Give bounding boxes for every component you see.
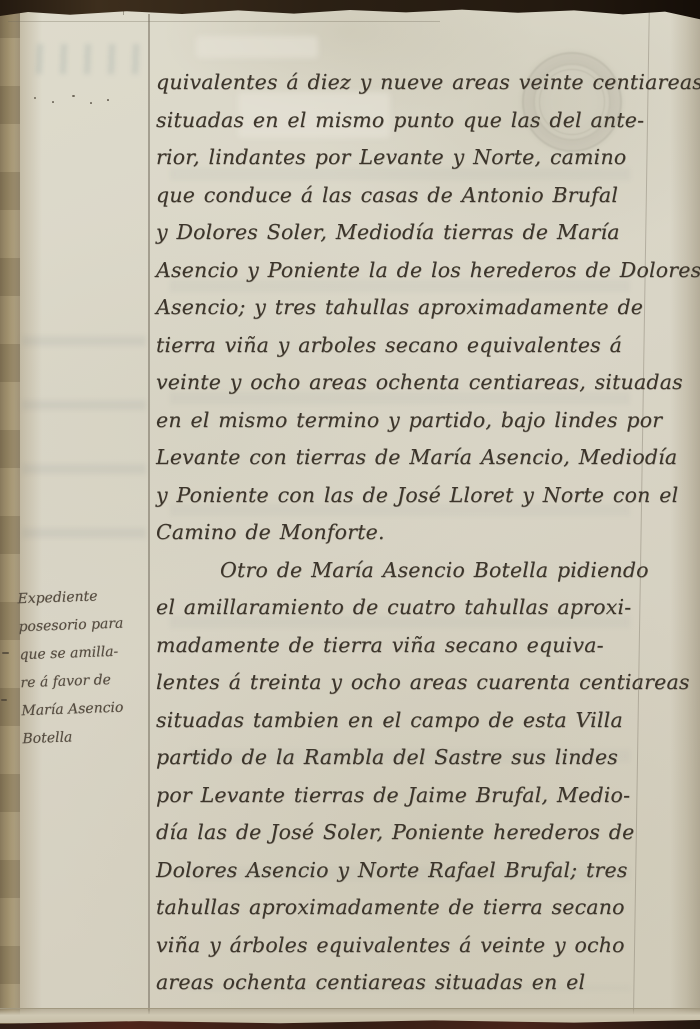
manuscript-page-photo: Expediente posesorio para que se amilla-… <box>0 0 700 1029</box>
manuscript-line: Dolores Asencio y Norte Rafael Brufal; t… <box>156 852 648 890</box>
manuscript-line: y Poniente con las de José Lloret y Nort… <box>156 477 648 515</box>
edge-ink-mark <box>2 652 9 654</box>
manuscript-line: Asencio; y tres tahullas aproximadamente… <box>156 289 648 327</box>
manuscript-line: Otro de María Asencio Botella pidiendo <box>156 552 648 590</box>
manuscript-line: madamente de tierra viña secano equiva- <box>156 627 648 665</box>
manuscript-line: situadas tambien en el campo de esta Vil… <box>156 702 648 740</box>
margin-note-line: posesorio para <box>18 609 147 641</box>
manuscript-line: partido de la Rambla del Sastre sus lind… <box>156 739 648 777</box>
manuscript-line: que conduce á las casas de Antonio Brufa… <box>156 177 648 215</box>
manuscript-line: veinte y ocho areas ochenta centiareas, … <box>156 364 648 402</box>
bleedthrough-ghost <box>28 44 154 74</box>
manuscript-line: por Levante tierras de Jaime Brufal, Med… <box>156 777 648 815</box>
edge-ink-mark <box>1 699 7 701</box>
ink-speck <box>72 95 75 97</box>
page-right-shadow <box>670 0 700 1029</box>
paragraph-continuation: quivalentes á diez y nueve areas veinte … <box>156 64 648 552</box>
ink-speck <box>34 97 36 99</box>
manuscript-line: Levante con tierras de María Asencio, Me… <box>156 439 648 477</box>
book-binding-edge <box>0 0 20 1029</box>
manuscript-line: situadas en el mismo punto que las del a… <box>156 102 648 140</box>
manuscript-line: lentes á treinta y ocho areas cuarenta c… <box>156 664 648 702</box>
manuscript-line: tahullas aproximadamente de tierra secan… <box>156 889 648 927</box>
margin-note-line: Expediente <box>17 581 146 613</box>
manuscript-line: en el mismo termino y partido, bajo lind… <box>156 402 648 440</box>
ink-speck <box>107 99 109 101</box>
paper-repair-patch <box>196 36 318 58</box>
top-rule <box>8 21 440 22</box>
manuscript-line: Camino de Monforte. <box>156 514 648 552</box>
ink-speck <box>52 101 54 103</box>
ink-speck <box>90 102 92 104</box>
manuscript-line: día las de José Soler, Poniente heredero… <box>156 814 648 852</box>
manuscript-line: el amillaramiento de cuatro tahullas apr… <box>156 589 648 627</box>
binding-gutter-fade <box>20 0 42 1029</box>
margin-note-line: Botella <box>22 721 151 753</box>
manuscript-line: areas ochenta centiareas situadas en el <box>156 964 648 1002</box>
left-margin-rule <box>148 14 150 1014</box>
page-bottom-edge-strip <box>0 1008 700 1023</box>
margin-note-line: re á favor de <box>20 665 149 697</box>
margin-annotation: Expediente posesorio para que se amilla-… <box>17 581 151 753</box>
paragraph-otro: Otro de María Asencio Botella pidiendo e… <box>156 552 648 1002</box>
manuscript-body: quivalentes á diez y nueve areas veinte … <box>156 64 648 1002</box>
manuscript-line: tierra viña y arboles secano equivalente… <box>156 327 648 365</box>
margin-note-line: que se amilla- <box>19 637 148 669</box>
photo-top-dark-edge <box>0 0 700 20</box>
manuscript-line: Asencio y Poniente la de los herederos d… <box>156 252 648 290</box>
manuscript-line: y Dolores Soler, Mediodía tierras de Mar… <box>156 214 648 252</box>
manuscript-line: viña y árboles equivalentes á veinte y o… <box>156 927 648 965</box>
manuscript-line: quivalentes á diez y nueve areas veinte … <box>156 64 648 102</box>
manuscript-line: rior, lindantes por Levante y Norte, cam… <box>156 139 648 177</box>
margin-note-line: María Asencio <box>21 693 150 725</box>
